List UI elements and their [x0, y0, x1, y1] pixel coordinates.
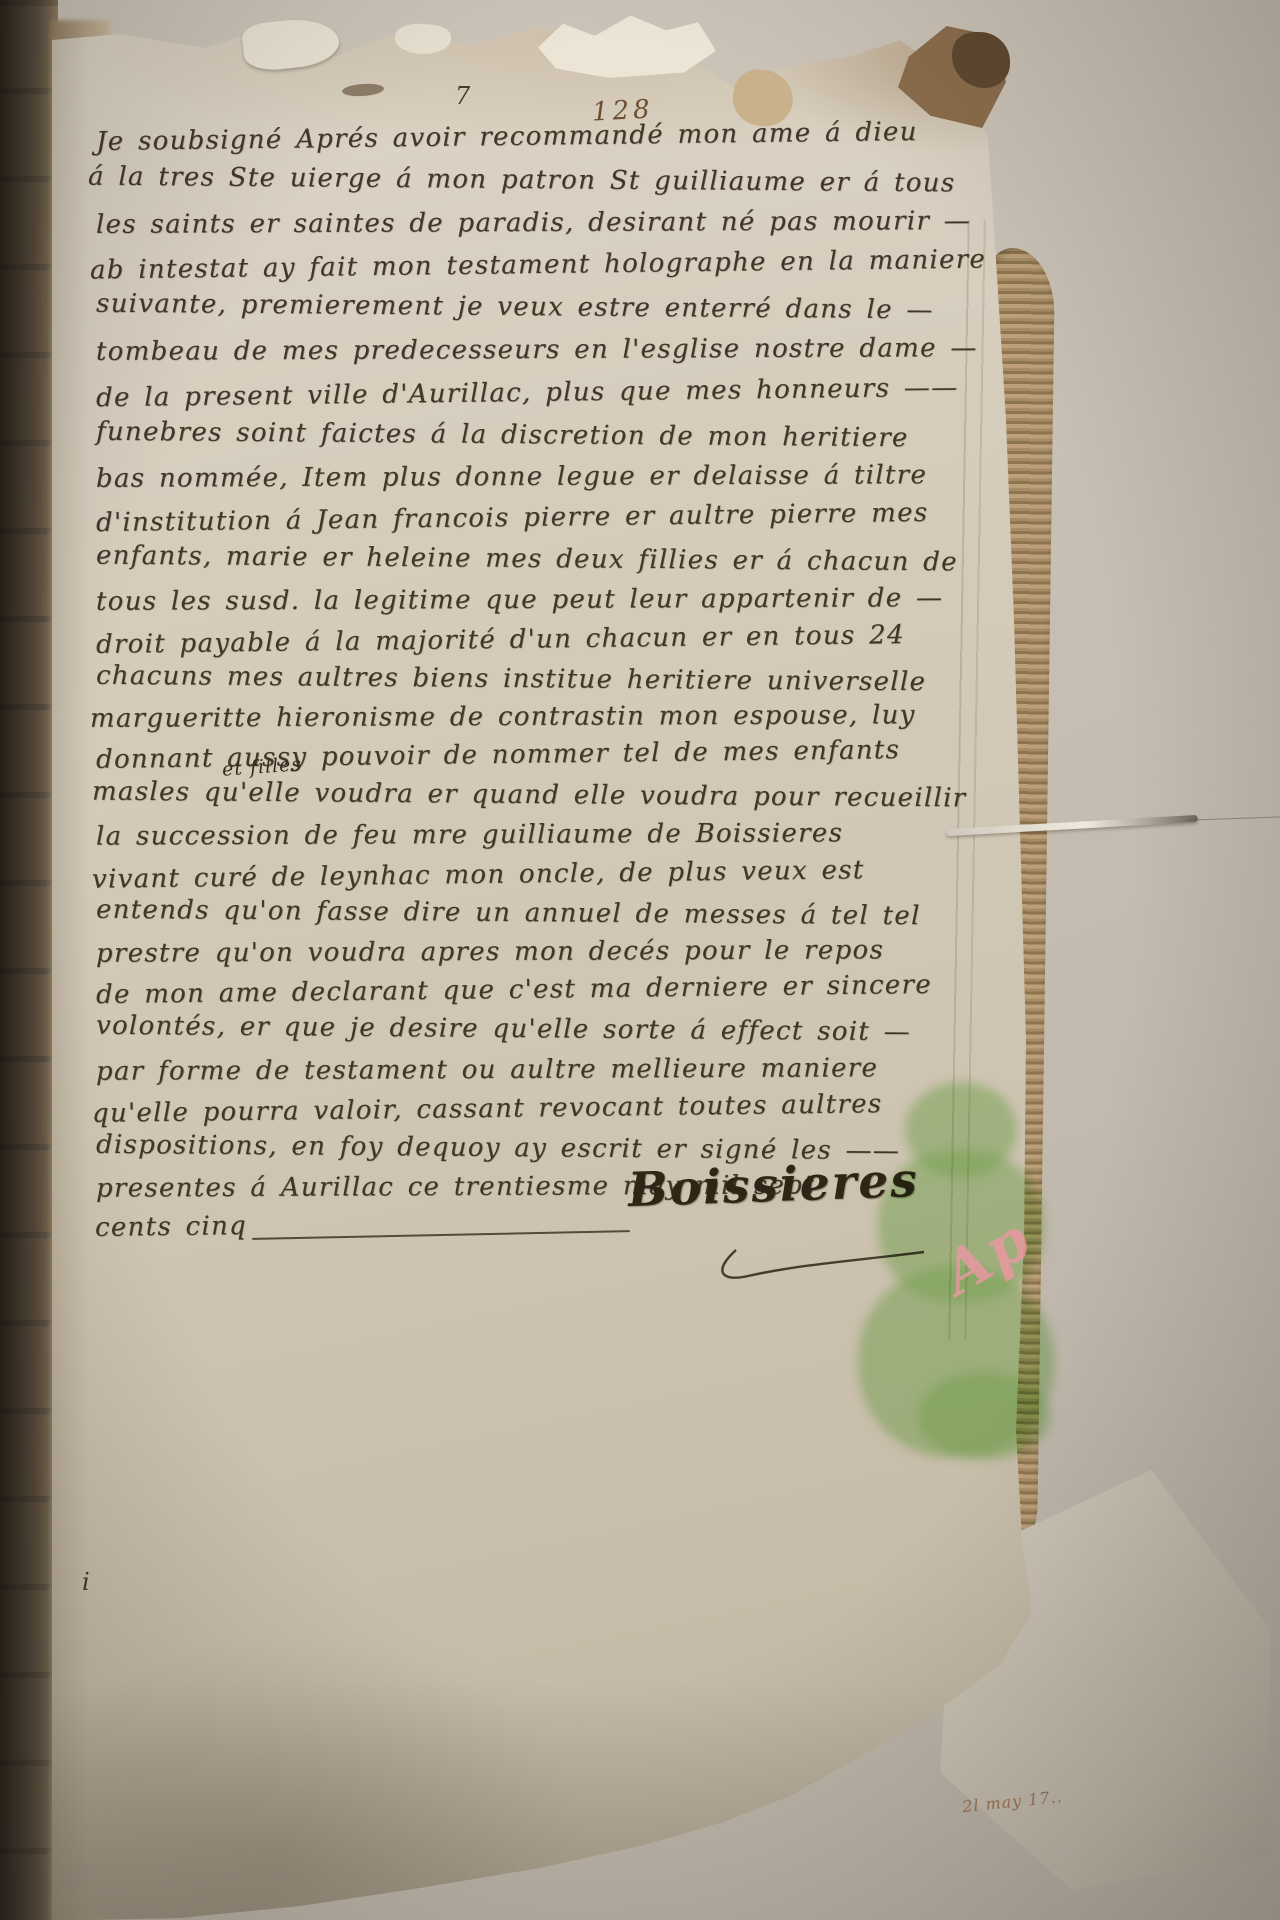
green-watermark	[0, 0, 1280, 1920]
watermark-blob	[918, 1372, 1050, 1460]
